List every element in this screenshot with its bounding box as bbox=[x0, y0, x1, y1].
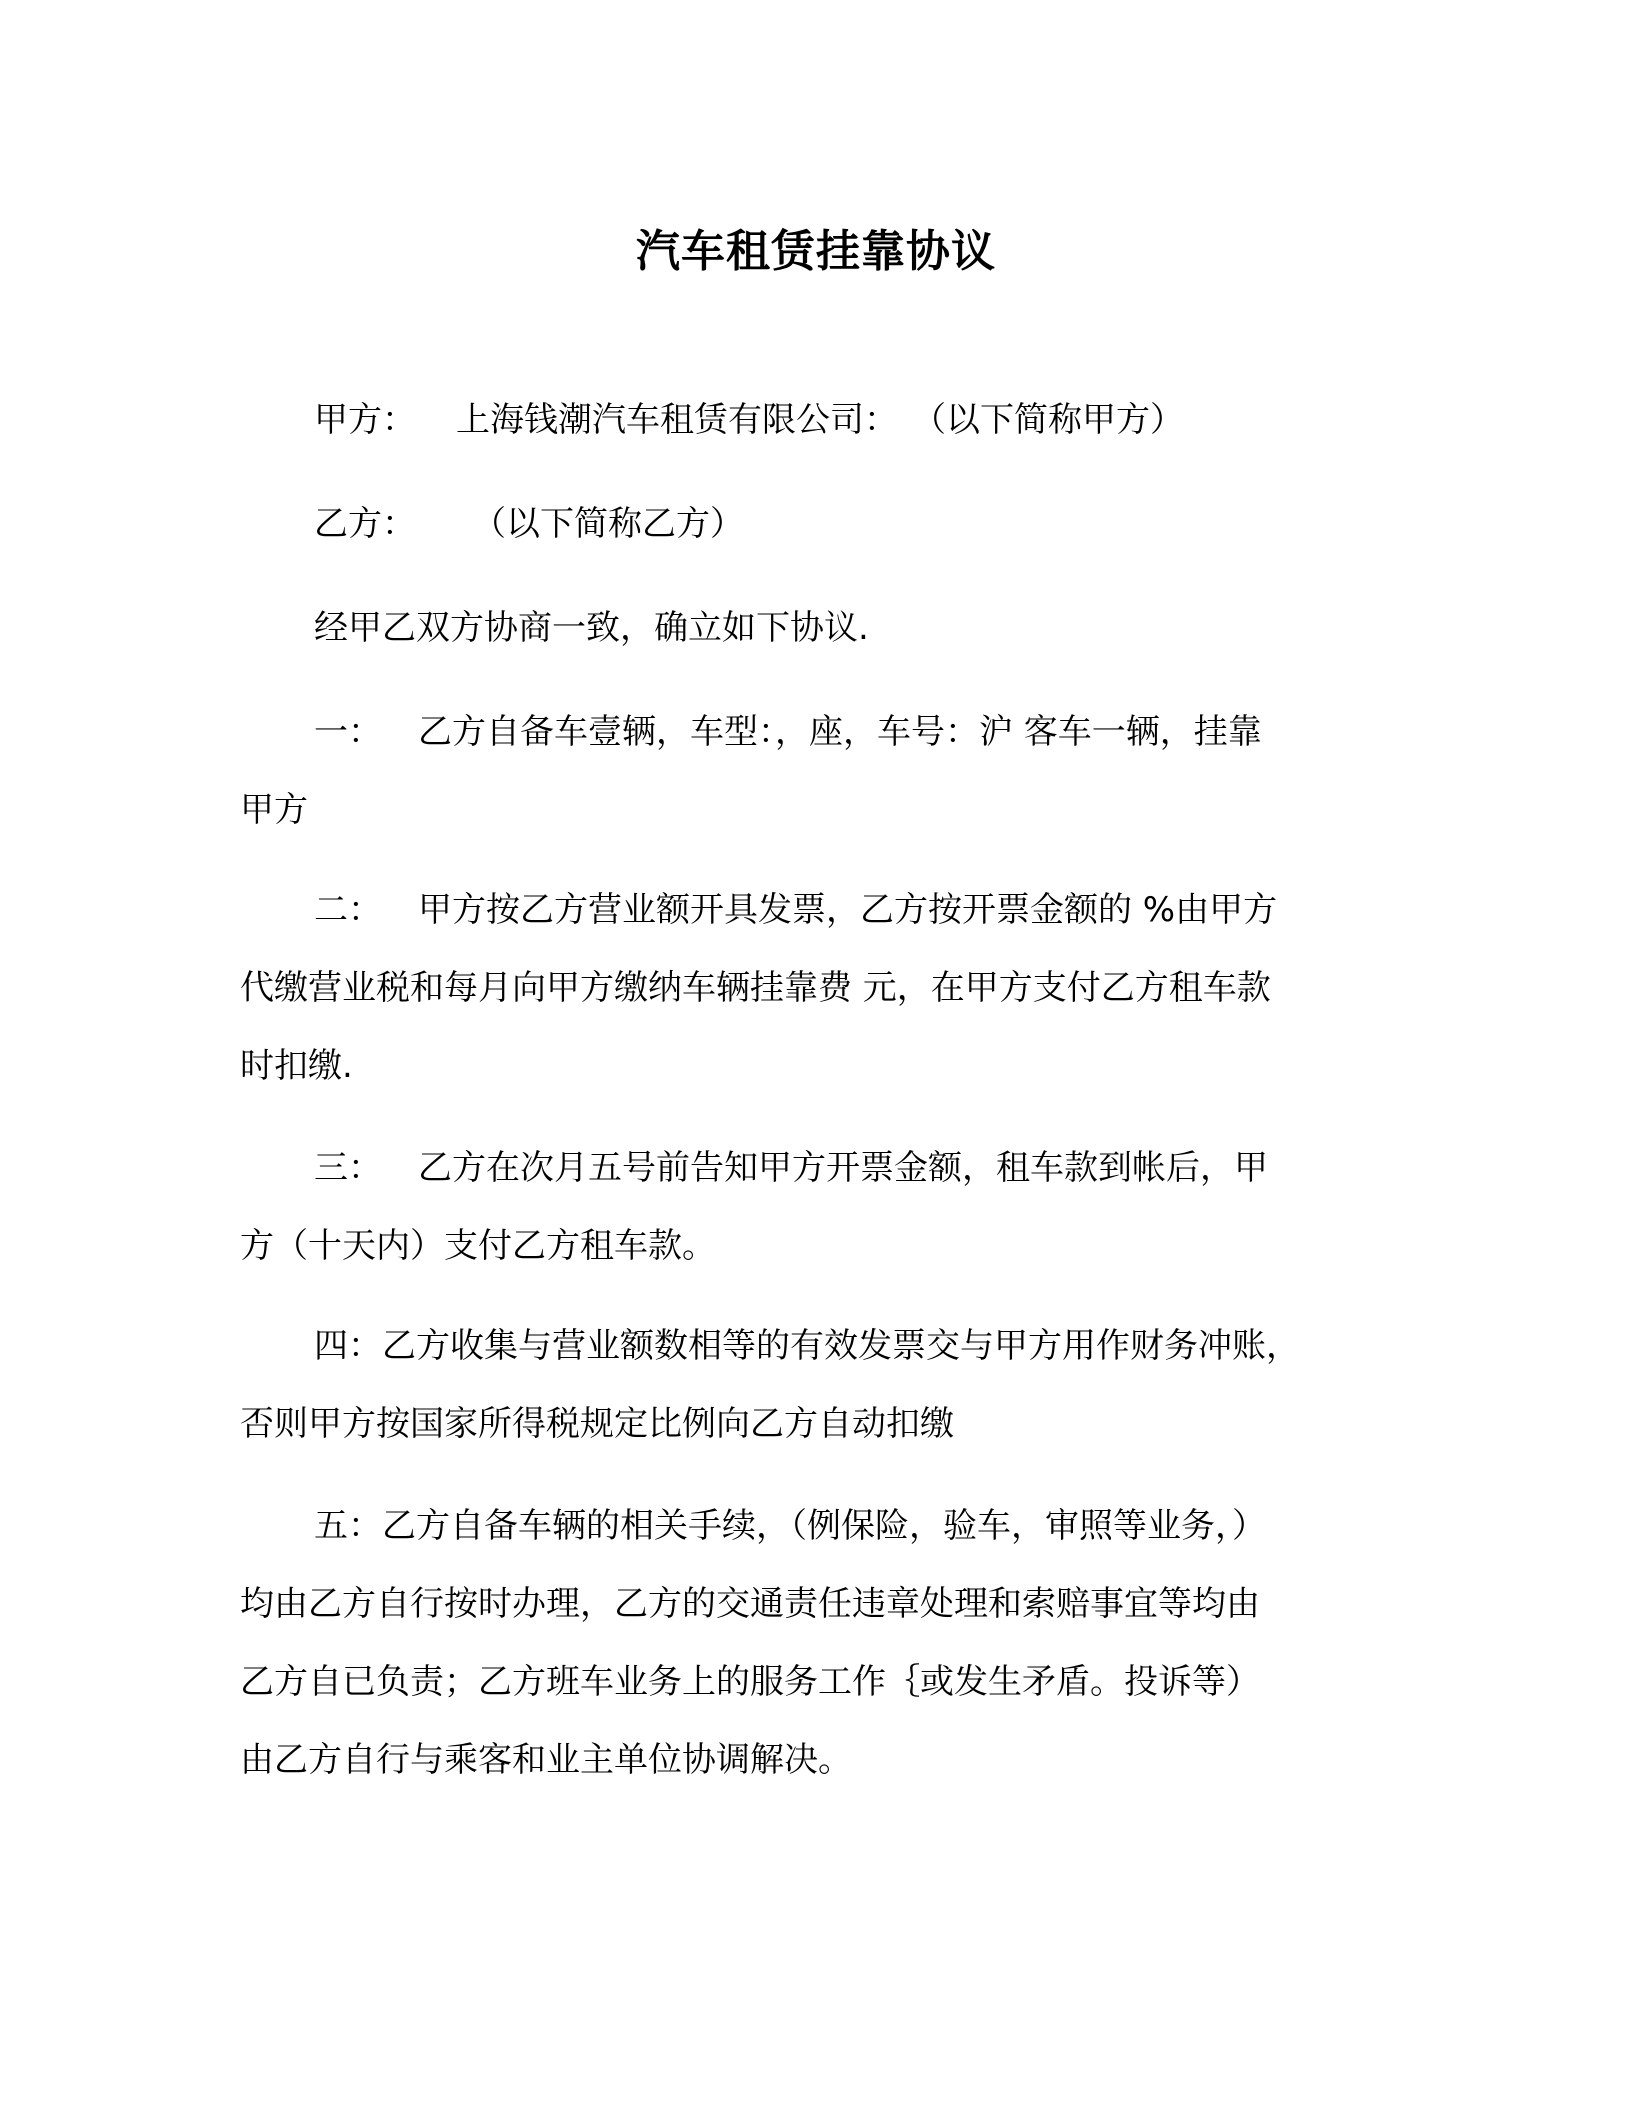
clause-2-line-1: 二：甲方按乙方营业额开具发票，乙方按开票金额的 %由甲方 bbox=[314, 890, 1277, 930]
clause-text: 乙方自备车壹辆，车型：，座，车号：沪 客车一辆，挂靠 bbox=[418, 712, 1262, 752]
clause-5-line-1: 五：乙方自备车辆的相关手续，（例保险，验车，审照等业务，） bbox=[314, 1506, 1266, 1546]
party-a-line: 甲方：上海钱潮汽车租赁有限公司：（以下简称甲方） bbox=[314, 400, 1184, 440]
clause-number: 一： bbox=[314, 712, 382, 752]
clause-4-line-2: 否则甲方按国家所得税规定比例向乙方自动扣缴 bbox=[240, 1404, 954, 1444]
clause-number: 四： bbox=[314, 1326, 382, 1366]
party-a-name: 上海钱潮汽车租赁有限公司： bbox=[456, 400, 898, 440]
clause-1-line-1: 一：乙方自备车壹辆，车型：，座，车号：沪 客车一辆，挂靠 bbox=[314, 712, 1262, 752]
clause-2-line-3: 时扣缴. bbox=[240, 1046, 353, 1086]
clause-text: 乙方自备车辆的相关手续，（例保险，验车，审照等业务，） bbox=[382, 1506, 1266, 1546]
clause-text: 甲方按乙方营业额开具发票，乙方按开票金额的 %由甲方 bbox=[418, 890, 1277, 930]
clause-text: 乙方在次月五号前告知甲方开票金额，租车款到帐后，甲 bbox=[418, 1148, 1268, 1188]
clause-3-line-1: 三：乙方在次月五号前告知甲方开票金额，租车款到帐后，甲 bbox=[314, 1148, 1268, 1188]
party-b-alias: （以下简称乙方） bbox=[472, 504, 744, 544]
clause-number: 三： bbox=[314, 1148, 382, 1188]
clause-2-line-2: 代缴营业税和每月向甲方缴纳车辆挂靠费 元，在甲方支付乙方租车款 bbox=[240, 968, 1271, 1008]
intro-text: 经甲乙双方协商一致，确立如下协议. bbox=[314, 608, 869, 648]
party-b-line: 乙方：（以下简称乙方） bbox=[314, 504, 744, 544]
party-a-label: 甲方： bbox=[314, 400, 416, 440]
party-b-label: 乙方： bbox=[314, 504, 416, 544]
clause-5-line-4: 由乙方自行与乘客和业主单位协调解决。 bbox=[240, 1740, 852, 1780]
clause-4-line-1: 四：乙方收集与营业额数相等的有效发票交与甲方用作财务冲账， bbox=[314, 1326, 1300, 1366]
party-a-alias: （以下简称甲方） bbox=[912, 400, 1184, 440]
clause-text: 乙方收集与营业额数相等的有效发票交与甲方用作财务冲账， bbox=[382, 1326, 1300, 1366]
clause-3-line-2: 方（十天内）支付乙方租车款。 bbox=[240, 1226, 716, 1266]
clause-1-line-2: 甲方 bbox=[240, 790, 308, 830]
document-title: 汽车租赁挂靠协议 bbox=[0, 226, 1632, 278]
clause-number: 二： bbox=[314, 890, 382, 930]
clause-number: 五： bbox=[314, 1506, 382, 1546]
clause-5-line-2: 均由乙方自行按时办理，乙方的交通责任违章处理和索赔事宜等均由 bbox=[240, 1584, 1260, 1624]
clause-5-line-3: 乙方自已负责；乙方班车业务上的服务工作｛或发生矛盾。投诉等） bbox=[240, 1662, 1260, 1702]
